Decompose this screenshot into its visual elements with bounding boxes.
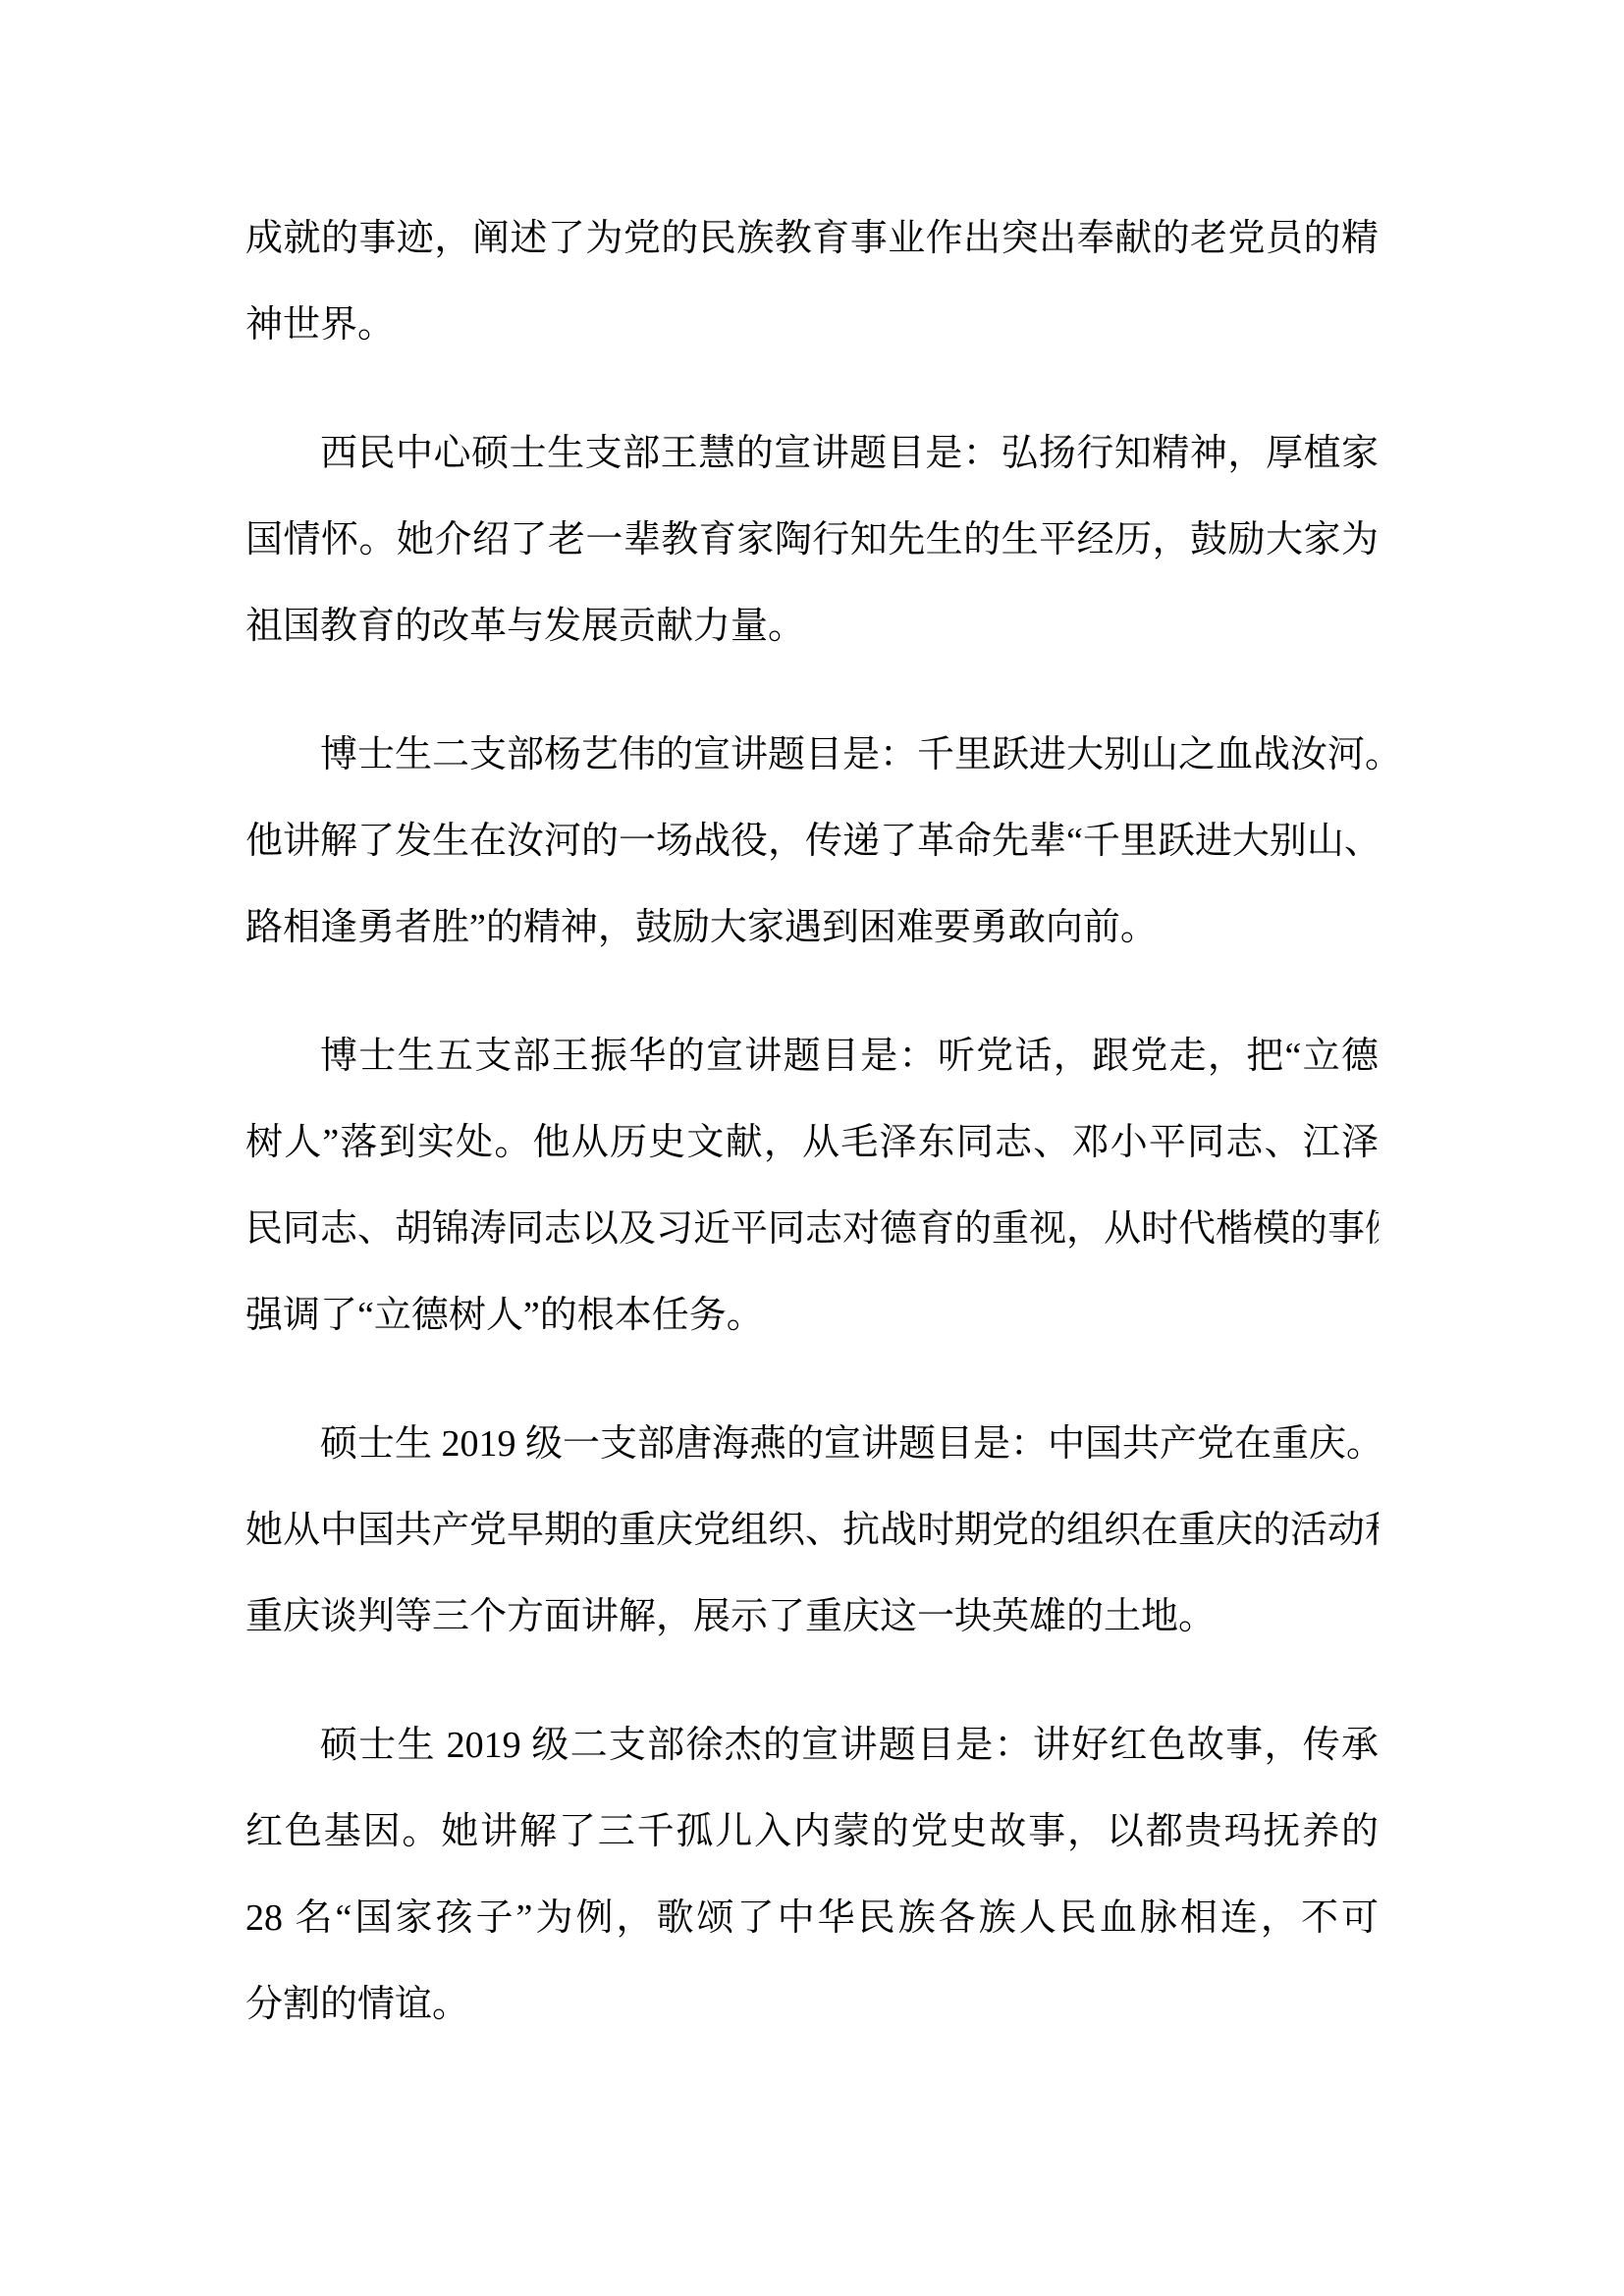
text-line: 硕士生 2019 级一支部唐海燕的宣讲题目是：中国共产党在重庆。 <box>245 1401 1379 1487</box>
paragraph-continuation: 成就的事迹，阐述了为党的民族教育事业作出突出奉献的老党员的精 神世界。 <box>245 195 1379 368</box>
text-line: 分割的情谊。 <box>245 1961 1379 2048</box>
text-line: 民同志、胡锦涛同志以及习近平同志对德育的重视，从时代楷模的事例 <box>245 1186 1379 1272</box>
text-line: 硕士生 2019 级二支部徐杰的宣讲题目是：讲好红色故事，传承 <box>245 1702 1379 1789</box>
text-line: 她从中国共产党早期的重庆党组织、抗战时期党的组织在重庆的活动和 <box>245 1487 1379 1574</box>
text-line: 成就的事迹，阐述了为党的民族教育事业作出突出奉献的老党员的精 <box>245 195 1379 282</box>
text-line: 神世界。 <box>245 282 1379 368</box>
text-line: 28 名“国家孩子”为例，歌颂了中华民族各族人民血脉相连，不可 <box>245 1875 1379 1961</box>
text-line: 博士生二支部杨艺伟的宣讲题目是：千里跃进大别山之血战汝河。 <box>245 712 1379 798</box>
text-line: 强调了“立德树人”的根本任务。 <box>245 1272 1379 1359</box>
text-line: 博士生五支部王振华的宣讲题目是：听党话，跟党走，把“立德 <box>245 1013 1379 1099</box>
text-line: 西民中心硕士生支部王慧的宣讲题目是：弘扬行知精神，厚植家 <box>245 410 1379 497</box>
paragraph-wanghui: 西民中心硕士生支部王慧的宣讲题目是：弘扬行知精神，厚植家 国情怀。她介绍了老一辈… <box>245 410 1379 669</box>
text-line: 国情怀。她介绍了老一辈教育家陶行知先生的生平经历，鼓励大家为 <box>245 497 1379 583</box>
paragraph-xujie: 硕士生 2019 级二支部徐杰的宣讲题目是：讲好红色故事，传承 红色基因。她讲解… <box>245 1702 1379 2048</box>
text-line: 树人”落到实处。他从历史文献，从毛泽东同志、邓小平同志、江泽 <box>245 1099 1379 1186</box>
text-line: 重庆谈判等三个方面讲解，展示了重庆这一块英雄的土地。 <box>245 1574 1379 1660</box>
text-line: 他讲解了发生在汝河的一场战役，传递了革命先辈“千里跃进大别山、狭 <box>245 798 1379 884</box>
paragraph-wangzhenhua: 博士生五支部王振华的宣讲题目是：听党话，跟党走，把“立德 树人”落到实处。他从历… <box>245 1013 1379 1359</box>
paragraph-tanghaiyan: 硕士生 2019 级一支部唐海燕的宣讲题目是：中国共产党在重庆。 她从中国共产党… <box>245 1401 1379 1660</box>
text-line: 祖国教育的改革与发展贡献力量。 <box>245 583 1379 669</box>
paragraph-yangyiwei: 博士生二支部杨艺伟的宣讲题目是：千里跃进大别山之血战汝河。 他讲解了发生在汝河的… <box>245 712 1379 971</box>
text-line: 红色基因。她讲解了三千孤儿入内蒙的党史故事，以都贵玛抚养的 <box>245 1789 1379 1875</box>
document-page: 成就的事迹，阐述了为党的民族教育事业作出突出奉献的老党员的精 神世界。 西民中心… <box>0 0 1624 2296</box>
text-line: 路相逢勇者胜”的精神，鼓励大家遇到困难要勇敢向前。 <box>245 884 1379 971</box>
